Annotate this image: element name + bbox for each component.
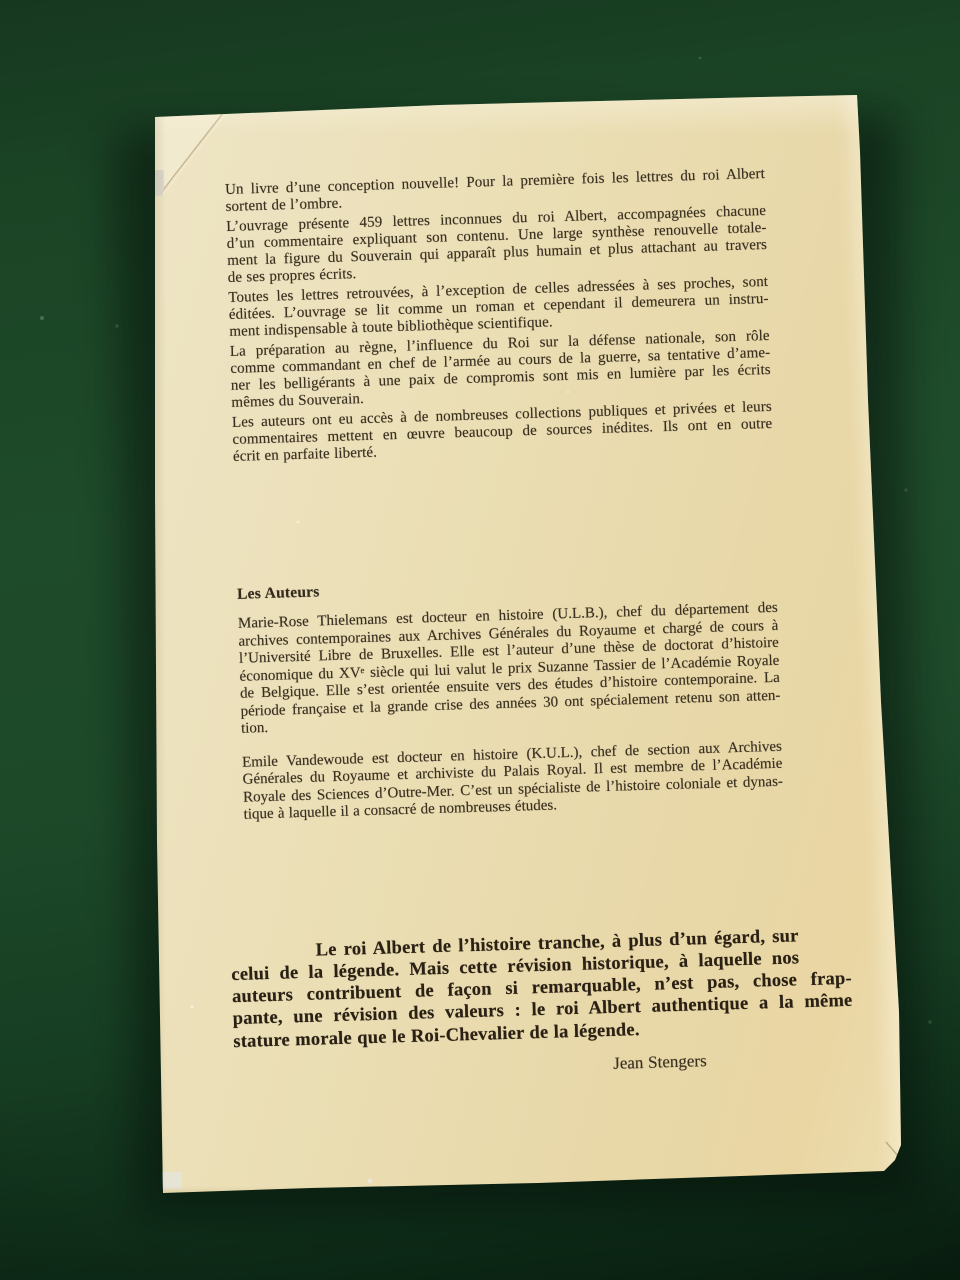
printed-text-layer: Un livre d’une conception nouvelle! Pour… [145, 72, 938, 1204]
paragraph: La préparation au règne, l’influence du … [230, 328, 772, 412]
author-bios: Marie-Rose Thielemans est docteur en his… [238, 600, 784, 824]
intro-paragraphs: Un livre d’une conception nouvelle! Pour… [225, 166, 773, 466]
quote-attribution: Jean Stengers [613, 1049, 792, 1074]
paragraph: Emile Vandewoude est docteur en histoire… [242, 738, 784, 824]
back-cover-text: Un livre d’une conception nouvelle! Pour… [225, 166, 792, 1085]
photo-book-back-cover: { "colors": { "background_green": "#1d49… [0, 0, 960, 1280]
paragraph: Marie-Rose Thielemans est docteur en his… [238, 600, 781, 738]
paragraph: L’ouvrage présente 459 lettres inconnues… [226, 203, 768, 287]
book-back-cover: Un livre d’une conception nouvelle! Pour… [148, 92, 908, 1202]
authors-heading: Les Auteurs [237, 570, 777, 604]
review-quote: Le roi Albert de l’histoire tranche, à p… [230, 923, 853, 1053]
